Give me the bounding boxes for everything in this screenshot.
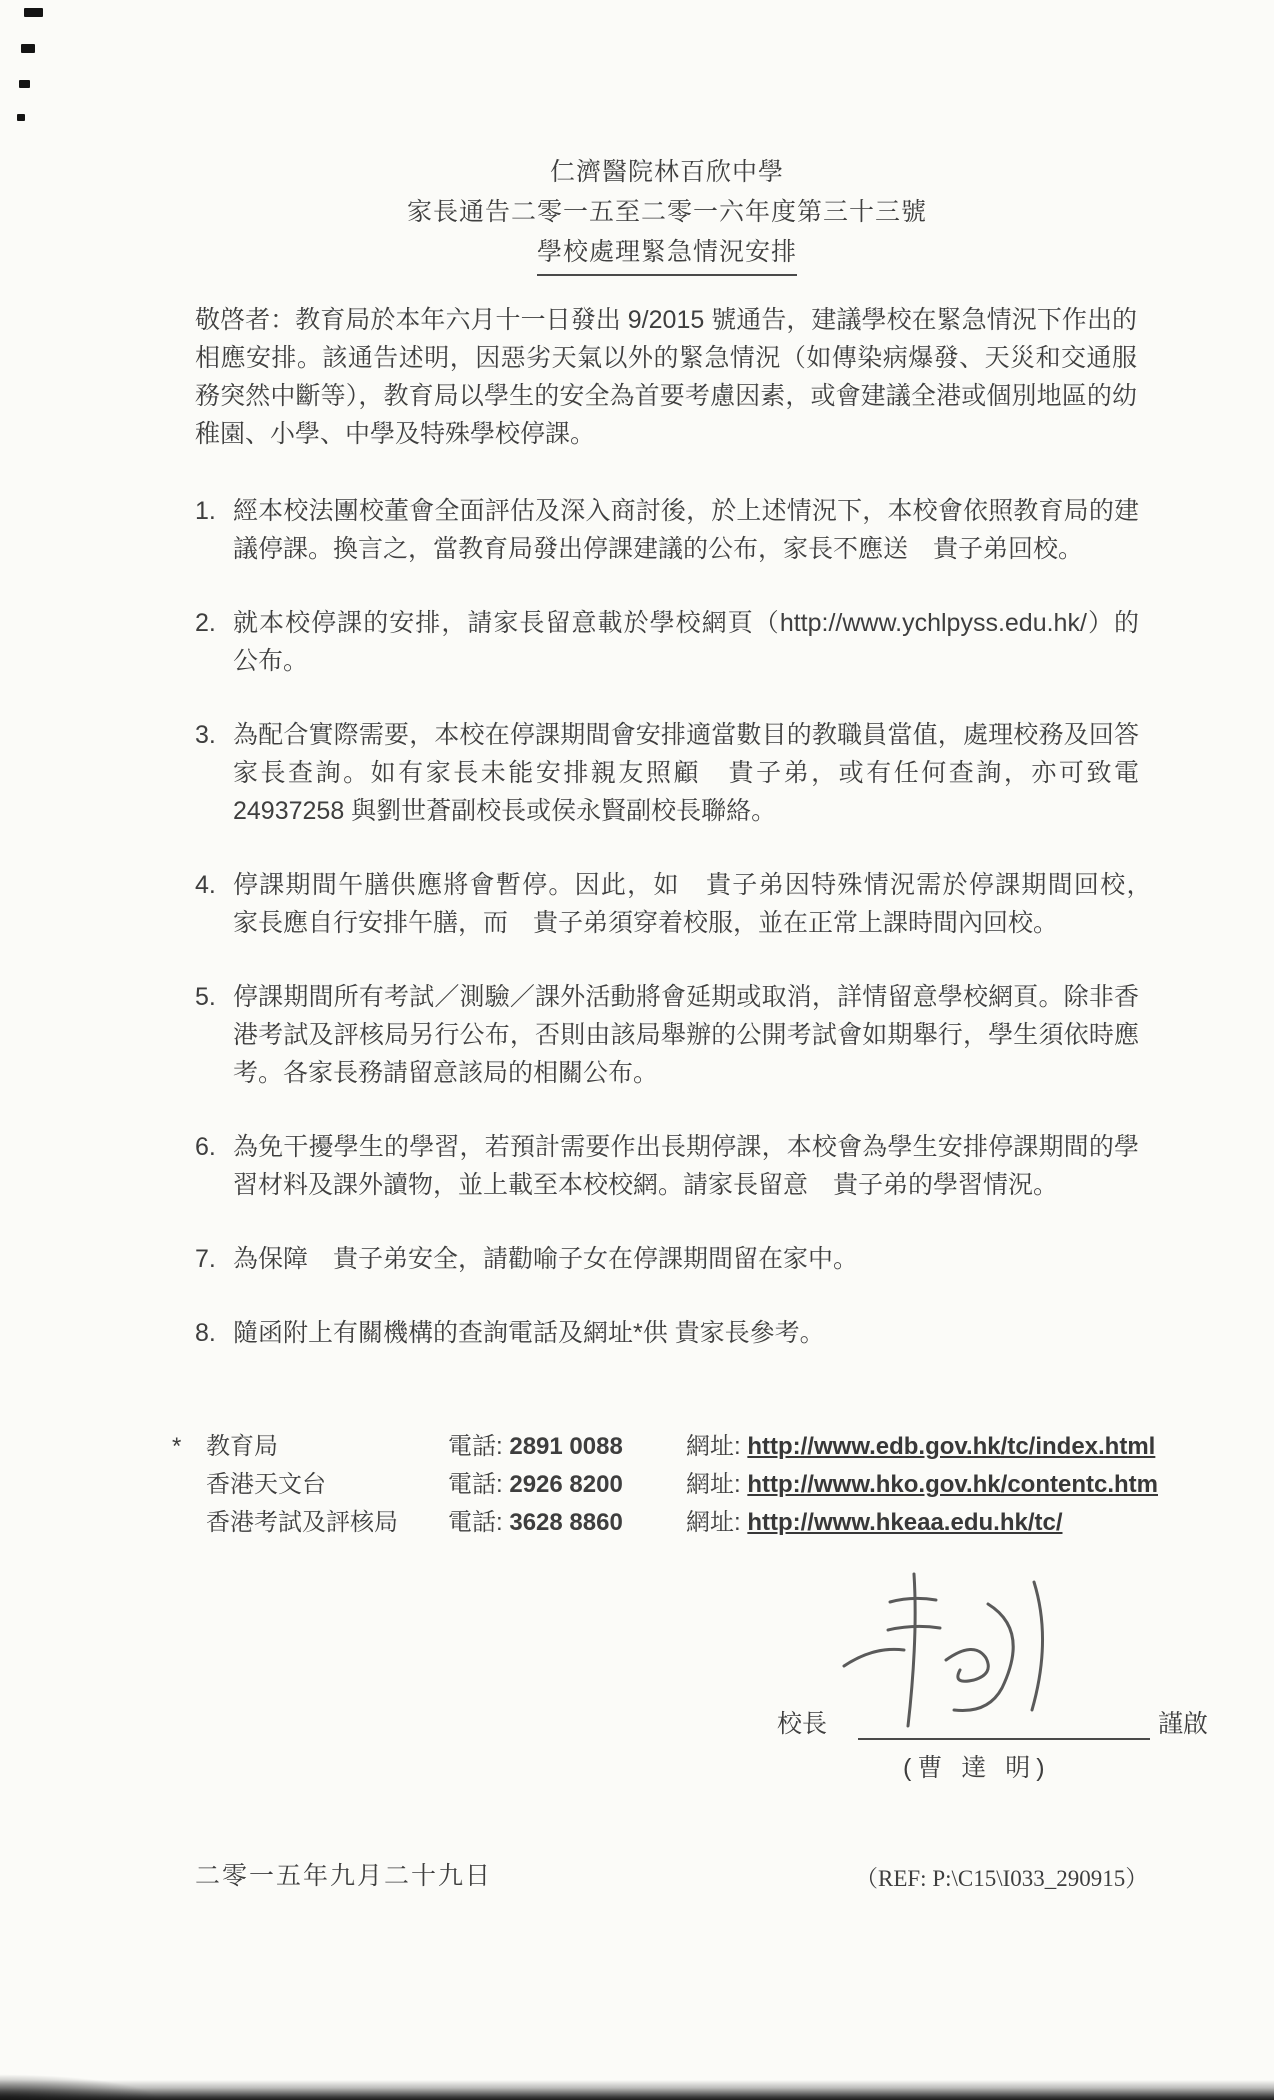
- org-name: 教育局: [206, 1428, 448, 1466]
- list-item: 2. 就本校停課的安排，請家長留意載於學校網頁（http://www.ychlp…: [195, 604, 1139, 680]
- org-url: 網址: http://www.hkeaa.edu.hk/tc/: [686, 1504, 1162, 1542]
- item-number: 7.: [195, 1240, 233, 1278]
- signature-line: [858, 1738, 1150, 1740]
- numbered-list: 1. 經本校法團校董會全面評估及深入商討後，於上述情況下，本校會依照教育局的建議…: [195, 492, 1139, 1388]
- item-text: 為保障 貴子弟安全，請勸喻子女在停課期間留在家中。: [233, 1240, 1139, 1278]
- principal-label: 校長: [777, 1704, 827, 1740]
- phone-label: 電話:: [448, 1471, 503, 1498]
- footnote-marker: *: [172, 1428, 206, 1466]
- phone-value: 2926 8200: [509, 1471, 622, 1498]
- url-label: 網址:: [686, 1509, 741, 1536]
- phone-value: 3628 8860: [509, 1509, 622, 1536]
- phone-label: 電話:: [448, 1433, 503, 1460]
- notice-subject: 學校處理緊急情況安排: [195, 232, 1139, 276]
- principal-name: (曹 達 明): [903, 1748, 1051, 1784]
- list-item: 8. 隨函附上有關機構的查詢電話及網址*供 貴家長參考。: [195, 1314, 1139, 1352]
- item-number: 6.: [195, 1128, 233, 1204]
- org-phone: 電話: 2926 8200: [448, 1466, 686, 1504]
- scan-artifact-corner: [0, 2074, 160, 2100]
- org-phone: 電話: 2891 0088: [448, 1428, 686, 1466]
- scan-artifact: [17, 114, 25, 121]
- item-number: 1.: [195, 492, 233, 568]
- item-number: 2.: [195, 604, 233, 680]
- list-item: 7. 為保障 貴子弟安全，請勸喻子女在停課期間留在家中。: [195, 1240, 1139, 1278]
- contact-row: 香港考試及評核局 電話: 3628 8860 網址: http://www.hk…: [172, 1504, 1162, 1542]
- scan-artifact: [19, 80, 30, 88]
- phone-label: 電話:: [448, 1509, 503, 1536]
- org-phone: 電話: 3628 8860: [448, 1504, 686, 1542]
- document-header: 仁濟醫院林百欣中學 家長通告二零一五至二零一六年度第三十三號 學校處理緊急情況安…: [195, 152, 1139, 276]
- url-label: 網址:: [686, 1433, 741, 1460]
- notice-number: 家長通告二零一五至二零一六年度第三十三號: [195, 192, 1139, 232]
- contact-row: * 教育局 電話: 2891 0088 網址: http://www.edb.g…: [172, 1428, 1162, 1466]
- contact-row: 香港天文台 電話: 2926 8200 網址: http://www.hko.g…: [172, 1466, 1162, 1504]
- item-text: 停課期間所有考試／測驗／課外活動將會延期或取消，詳情留意學校網頁。除非香港考試及…: [233, 978, 1139, 1092]
- list-item: 5. 停課期間所有考試／測驗／課外活動將會延期或取消，詳情留意學校網頁。除非香港…: [195, 978, 1139, 1092]
- item-text: 為免干擾學生的學習，若預計需要作出長期停課，本校會為學生安排停課期間的學習材料及…: [233, 1128, 1139, 1204]
- contact-footnote: * 教育局 電話: 2891 0088 網址: http://www.edb.g…: [172, 1428, 1162, 1542]
- list-item: 1. 經本校法團校董會全面評估及深入商討後，於上述情況下，本校會依照教育局的建議…: [195, 492, 1139, 568]
- org-name: 香港考試及評核局: [206, 1504, 448, 1542]
- list-item: 3. 為配合實際需要，本校在停課期間會安排適當數目的教職員當值，處理校務及回答家…: [195, 716, 1139, 830]
- item-text: 停課期間午膳供應將會暫停。因此，如 貴子弟因特殊情況需於停課期間回校， 家長應自…: [233, 866, 1139, 942]
- document-ref: （REF: P:\C15\I033_290915）: [855, 1860, 1148, 1893]
- url-label: 網址:: [686, 1471, 741, 1498]
- url-link: http://www.hkeaa.edu.hk/tc/: [747, 1509, 1062, 1536]
- scan-artifact-bottom-band: [0, 2080, 1274, 2100]
- org-url: 網址: http://www.hko.gov.hk/contentc.htm: [686, 1466, 1162, 1504]
- item-text: 隨函附上有關機構的查詢電話及網址*供 貴家長參考。: [233, 1314, 1139, 1352]
- scan-artifact: [21, 44, 35, 53]
- url-link: http://www.hko.gov.hk/contentc.htm: [747, 1471, 1158, 1498]
- url-link: http://www.edb.gov.hk/tc/index.html: [747, 1433, 1155, 1460]
- closing-label: 謹啟: [1158, 1704, 1208, 1740]
- school-name: 仁濟醫院林百欣中學: [195, 152, 1139, 192]
- scanned-notice-page: 仁濟醫院林百欣中學 家長通告二零一五至二零一六年度第三十三號 學校處理緊急情況安…: [0, 0, 1274, 2100]
- item-text: 為配合實際需要，本校在停課期間會安排適當數目的教職員當值，處理校務及回答家長查詢…: [233, 716, 1139, 830]
- item-number: 5.: [195, 978, 233, 1092]
- document-date: 二零一五年九月二十九日: [195, 1856, 492, 1892]
- phone-value: 2891 0088: [509, 1433, 622, 1460]
- item-number: 3.: [195, 716, 233, 830]
- org-url: 網址: http://www.edb.gov.hk/tc/index.html: [686, 1428, 1162, 1466]
- handwritten-signature: [838, 1568, 1073, 1748]
- list-item: 4. 停課期間午膳供應將會暫停。因此，如 貴子弟因特殊情況需於停課期間回校， 家…: [195, 866, 1139, 942]
- item-number: 4.: [195, 866, 233, 942]
- scan-artifact: [24, 8, 43, 17]
- item-text: 就本校停課的安排，請家長留意載於學校網頁（http://www.ychlpyss…: [233, 604, 1139, 680]
- salutation-paragraph: 敬啓者：教育局於本年六月十一日發出 9/2015 號通告，建議學校在緊急情況下作…: [195, 301, 1137, 453]
- list-item: 6. 為免干擾學生的學習，若預計需要作出長期停課，本校會為學生安排停課期間的學習…: [195, 1128, 1139, 1204]
- item-number: 8.: [195, 1314, 233, 1352]
- org-name: 香港天文台: [206, 1466, 448, 1504]
- item-text: 經本校法團校董會全面評估及深入商討後，於上述情況下，本校會依照教育局的建議停課。…: [233, 492, 1139, 568]
